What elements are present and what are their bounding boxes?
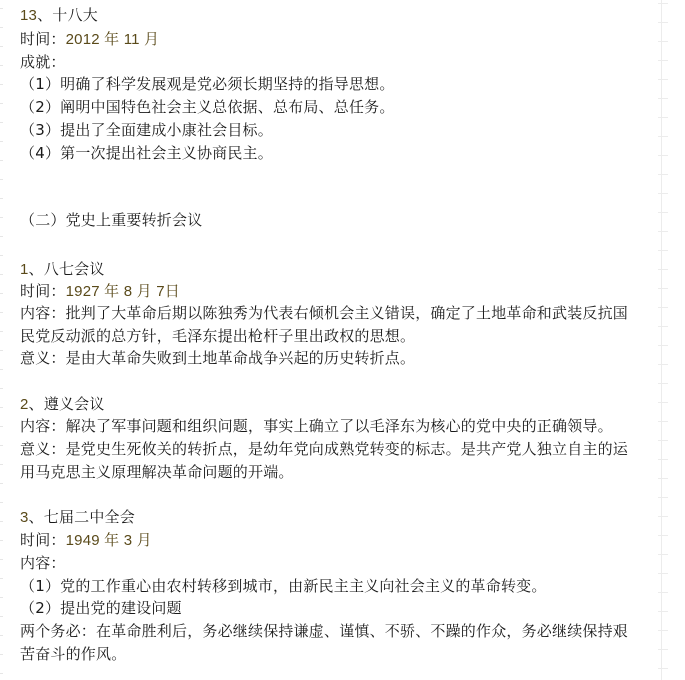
left-margin-tick xyxy=(0,464,3,465)
meeting-3-content-label: 内容： xyxy=(20,552,66,574)
left-margin-tick xyxy=(0,122,3,123)
left-margin-tick xyxy=(0,388,3,389)
margin-rule xyxy=(661,0,662,680)
two-musts-1: 两个务必：在革命胜利后，务必继续保持谦虚、谨慎、不骄、不躁的作众，务必继续保持艰 xyxy=(20,620,628,642)
left-margin-tick xyxy=(0,46,3,47)
section-number: 1 xyxy=(20,261,29,278)
time-label: 时间： xyxy=(20,531,66,549)
left-margin-tick xyxy=(0,673,3,674)
achievement-item-4: （4）第一次提出社会主义协商民主。 xyxy=(20,142,273,164)
section-title-text: 、遵义会议 xyxy=(29,395,105,413)
margin-tick xyxy=(658,668,668,669)
achievement-item-2: （2）阐明中国特色社会主义总依据、总布局、总任务。 xyxy=(20,96,395,118)
margin-tick xyxy=(658,231,668,232)
left-margin-tick xyxy=(0,635,3,636)
margin-tick xyxy=(658,554,668,555)
margin-tick xyxy=(658,459,668,460)
left-margin-tick xyxy=(0,407,3,408)
margin-tick xyxy=(658,212,668,213)
margin-tick xyxy=(658,383,668,384)
left-margin-tick xyxy=(0,483,3,484)
left-margin-tick xyxy=(0,331,3,332)
margin-tick xyxy=(658,535,668,536)
part-2-heading: （二）党史上重要转折会议 xyxy=(20,209,202,231)
margin-tick xyxy=(658,3,668,4)
meeting-2-content: 内容：解决了军事问题和组织问题，事实上确立了以毛泽东为核心的党中央的正确领导。 xyxy=(20,415,613,437)
meeting-3-title: 3、七届二中全会 xyxy=(20,506,135,529)
left-margin-tick xyxy=(0,84,3,85)
meeting-1-time: 时间：1927 年 8 月 7日 xyxy=(20,280,180,303)
left-margin-tick xyxy=(0,502,3,503)
margin-tick xyxy=(658,98,668,99)
left-margin-tick xyxy=(0,350,3,351)
section-number: 3 xyxy=(20,509,29,526)
left-margin-tick xyxy=(0,236,3,237)
margin-tick xyxy=(658,41,668,42)
left-margin-tick xyxy=(0,217,3,218)
margin-tick xyxy=(658,174,668,175)
margin-tick xyxy=(658,136,668,137)
achievement-item-3: （3）提出了全面建成小康社会目标。 xyxy=(20,119,273,141)
left-margin-tick xyxy=(0,369,3,370)
section-title-text: 、七届二中全会 xyxy=(29,508,135,526)
margin-tick xyxy=(658,79,668,80)
achievement-item-1: （1）明确了科学发展观是党必须长期坚持的指导思想。 xyxy=(20,73,395,95)
left-margin-tick xyxy=(0,141,3,142)
meeting-1-title: 1、八七会议 xyxy=(20,258,105,281)
margin-tick xyxy=(658,288,668,289)
meeting-3-item-1: （1）党的工作重心由农村转移到城市，由新民主主义向社会主义的革命转变。 xyxy=(20,575,547,597)
margin-tick xyxy=(658,402,668,403)
margin-tick xyxy=(658,630,668,631)
margin-tick xyxy=(658,478,668,479)
margin-tick xyxy=(658,497,668,498)
time-value: 2012 年 11 月 xyxy=(66,31,160,48)
margin-tick xyxy=(658,60,668,61)
meeting-2-title: 2、遵义会议 xyxy=(20,393,105,416)
margin-tick xyxy=(658,516,668,517)
margin-tick xyxy=(658,649,668,650)
margin-tick xyxy=(658,307,668,308)
margin-tick xyxy=(658,22,668,23)
left-margin-tick xyxy=(0,445,3,446)
margin-tick xyxy=(658,250,668,251)
margin-tick xyxy=(658,611,668,612)
margin-tick xyxy=(658,193,668,194)
margin-tick xyxy=(658,155,668,156)
margin-tick xyxy=(658,117,668,118)
meeting-3-item-2: （2）提出党的建设问题 xyxy=(20,597,182,619)
left-margin-tick xyxy=(0,426,3,427)
time-label: 时间： xyxy=(20,30,66,48)
meeting-3-time: 时间：1949 年 3 月 xyxy=(20,529,152,552)
margin-tick xyxy=(658,421,668,422)
left-margin-tick xyxy=(0,255,3,256)
meeting-2-meaning-1: 意义：是党史生死攸关的转折点，是幼年党向成熟党转变的标志。是共产党人独立自主的运 xyxy=(20,438,628,460)
margin-tick xyxy=(658,269,668,270)
left-margin-tick xyxy=(0,65,3,66)
achievements-label: 成就： xyxy=(20,51,66,73)
time-label: 时间： xyxy=(20,282,66,300)
section-13-title: 13、十八大 xyxy=(20,4,98,27)
time-value: 1949 年 3 月 xyxy=(66,532,152,549)
left-margin-tick xyxy=(0,160,3,161)
meeting-1-content-1: 内容：批判了大革命后期以陈独秀为代表右倾机会主义错误，确定了土地革命和武装反抗国 xyxy=(20,302,628,324)
section-title-text: 、八七会议 xyxy=(29,260,105,278)
left-margin-tick xyxy=(0,654,3,655)
left-margin-tick xyxy=(0,103,3,104)
meeting-1-content-2: 民党反动派的总方针，毛泽东提出枪杆子里出政权的思想。 xyxy=(20,325,415,347)
two-musts-2: 苦奋斗的作风。 xyxy=(20,643,126,665)
section-13-time: 时间：2012 年 11 月 xyxy=(20,28,159,51)
left-margin-tick xyxy=(0,540,3,541)
time-value: 1927 年 8 月 7日 xyxy=(66,283,180,300)
left-margin-tick xyxy=(0,616,3,617)
margin-tick xyxy=(658,345,668,346)
section-number: 2 xyxy=(20,396,29,413)
margin-tick xyxy=(658,592,668,593)
section-number: 13 xyxy=(20,7,37,24)
left-margin-tick xyxy=(0,27,3,28)
left-margin-tick xyxy=(0,179,3,180)
left-margin-tick xyxy=(0,274,3,275)
left-margin-tick xyxy=(0,312,3,313)
left-margin-tick xyxy=(0,521,3,522)
left-margin-tick xyxy=(0,578,3,579)
margin-tick xyxy=(658,364,668,365)
margin-tick xyxy=(658,326,668,327)
meeting-1-meaning: 意义：是由大革命失败到土地革命战争兴起的历史转折点。 xyxy=(20,347,415,369)
left-margin-tick xyxy=(0,8,3,9)
meeting-2-meaning-2: 用马克思主义原理解决革命问题的开端。 xyxy=(20,461,294,483)
left-margin-tick xyxy=(0,293,3,294)
margin-tick xyxy=(658,440,668,441)
left-margin-tick xyxy=(0,597,3,598)
margin-tick xyxy=(658,573,668,574)
left-margin-tick xyxy=(0,559,3,560)
left-margin-tick xyxy=(0,198,3,199)
section-title-text: 、十八大 xyxy=(37,6,98,24)
